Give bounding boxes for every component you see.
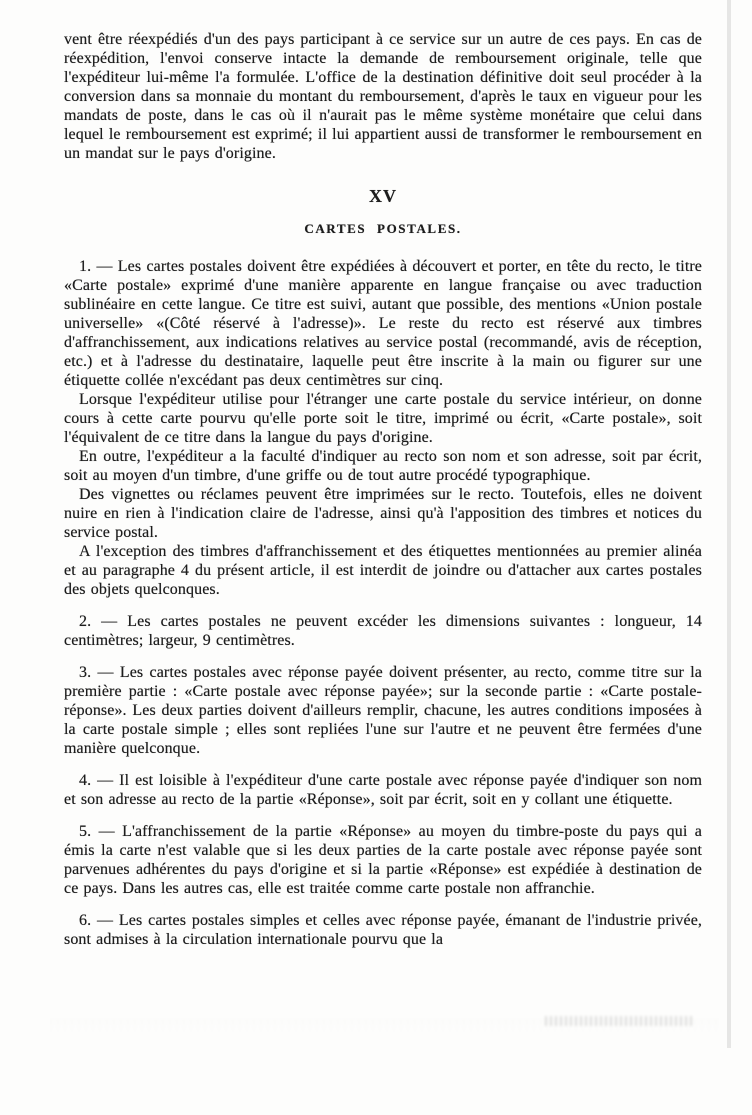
text-column: vent être réexpédiés d'un des pays parti… [64, 30, 702, 949]
paragraph: Des vignettes ou réclames peuvent être i… [64, 485, 702, 542]
paragraph: En outre, l'expéditeur a la faculté d'in… [64, 447, 702, 485]
continuation-paragraph: vent être réexpédiés d'un des pays parti… [64, 30, 702, 163]
page-edge-line [727, 0, 731, 1048]
paragraph: 3. — Les cartes postales avec réponse pa… [64, 663, 702, 758]
section-title-heading: CARTES POSTALES. [64, 219, 702, 238]
paragraph: 2. — Les cartes postales ne peuvent excé… [64, 612, 702, 650]
paragraph: 4. — Il est loisible à l'expéditeur d'un… [64, 771, 702, 809]
paragraph: 5. — L'affranchissement de la partie «Ré… [64, 822, 702, 898]
paragraph-list: 1. — Les cartes postales doivent être ex… [64, 257, 702, 949]
section-number-heading: XV [64, 187, 702, 206]
paragraph: Lorsque l'expéditeur utilise pour l'étra… [64, 390, 702, 447]
paragraph: A l'exception des timbres d'affranchisse… [64, 542, 702, 599]
scanned-document-page: vent être réexpédiés d'un des pays parti… [0, 0, 752, 1115]
scan-showthrough-artifact-dark [545, 1016, 695, 1026]
paragraph: 6. — Les cartes postales simples et cell… [64, 911, 702, 949]
paragraph: 1. — Les cartes postales doivent être ex… [64, 257, 702, 390]
